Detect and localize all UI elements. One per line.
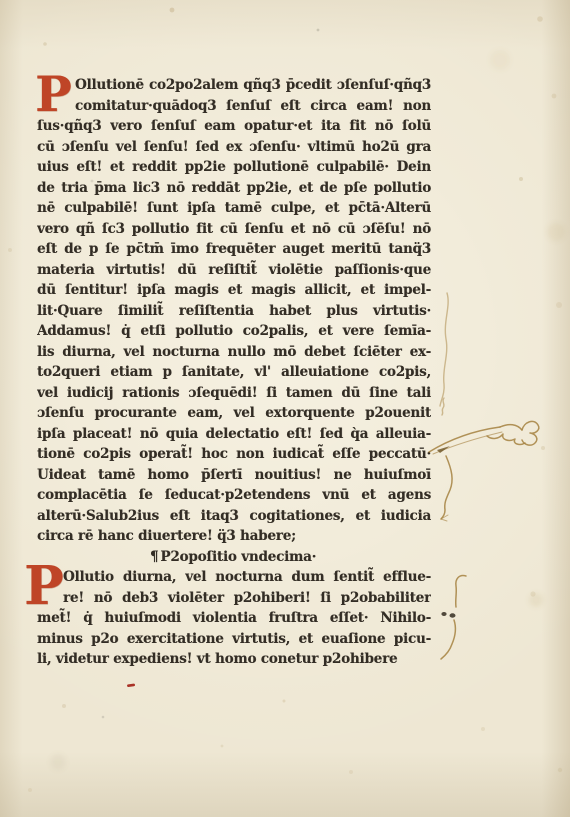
- paragraph-2: POllutio diurna, vel nocturna dum ſentit…: [37, 567, 431, 670]
- text-line: comitatur·quādoq3 ſenſuſ eſt circa eam! …: [37, 96, 431, 117]
- paragraph-1: POllutionē co2po2alem qñq3 p̄cedit ɔſenſ…: [37, 75, 431, 547]
- text-line: nē culpabilē! ſunt ipſa tamē culpe, et p…: [37, 198, 431, 219]
- text-line: ipſa placeat! nō quia delectatio eſt! ſe…: [37, 424, 431, 445]
- text-line: cū ɔſenſu vel ſenſu! ſed ex ɔſenſu· vlti…: [37, 137, 431, 158]
- text-line: vero qñ ſc3 pollutio fit cū ſenſu et nō …: [37, 219, 431, 240]
- text-line: lit·Quare ſimilit̃ reſiſtentia habet plu…: [37, 301, 431, 322]
- text-line: lis diurna, vel nocturna nullo mō debet …: [37, 342, 431, 363]
- text-line: vel iudicij rationis ɔſequēdi! ſi tamen …: [37, 383, 431, 404]
- text-line: li, videtur expediens! vt homo conetur p…: [37, 649, 431, 670]
- pilcrow-mark: ¶: [150, 549, 158, 565]
- text-line: alterū·Salub2ius eſt itaq3 cogitationes,…: [37, 506, 431, 527]
- text-line: to2queri etiam p ſanitate, vl' alleuiati…: [37, 362, 431, 383]
- text-line: dū ſentitur! ipſa magis et magis allicit…: [37, 280, 431, 301]
- text-line: met̃! q̇ huiuſmodi violentia fruſtra eſſ…: [37, 608, 431, 629]
- text-line: ſus·qñq3 vero ſenſuſ eam opatur·et ita f…: [37, 116, 431, 137]
- text-line: minus p2o exercitatione virtutis, et eua…: [37, 629, 431, 650]
- text-line: materia virtutis! dū reſiſtit̃ violētie …: [37, 260, 431, 281]
- text-line: de tria p̄ma lic3 nō reddāt pp2ie, et de…: [37, 178, 431, 199]
- text-line: eſt de p ſe pc̄tm̄ īmo frequēter auget m…: [37, 239, 431, 260]
- section-heading: ¶P2opoſitio vndecima·: [37, 547, 431, 568]
- text-line: Ollutio diurna, vel nocturna dum ſentit̃…: [37, 567, 431, 588]
- heading-text: P2opoſitio vndecima·: [160, 549, 316, 565]
- rubricated-initial: P: [35, 70, 72, 119]
- rubricated-initial: P: [24, 560, 64, 613]
- text-line: Addamus! q̇ etſi pollutio co2palis, et v…: [37, 321, 431, 342]
- text-line: circa rē hanc diuertere! q̈3 habere;: [37, 526, 431, 547]
- text-line: complacētia ſe ſeducat·p2etendens vnū et…: [37, 485, 431, 506]
- text-line: tionē co2pis operat̃! hoc non iudicat̃ e…: [37, 444, 431, 465]
- text-line: Uideat tamē homo p̄ſertī nouitius! ne hu…: [37, 465, 431, 486]
- text-line: Ollutionē co2po2alem qñq3 p̄cedit ɔſenſu…: [37, 75, 431, 96]
- text-block: POllutionē co2po2alem qñq3 p̄cedit ɔſenſ…: [37, 75, 431, 670]
- text-line: uius eſt! et reddit pp2ie pollutionē cul…: [37, 157, 431, 178]
- text-line: ɔſenſu procurante eam, vel extorquente p…: [37, 403, 431, 424]
- text-line: re! nō deb3 violēter p2ohiberi! ſi p2oba…: [37, 588, 431, 609]
